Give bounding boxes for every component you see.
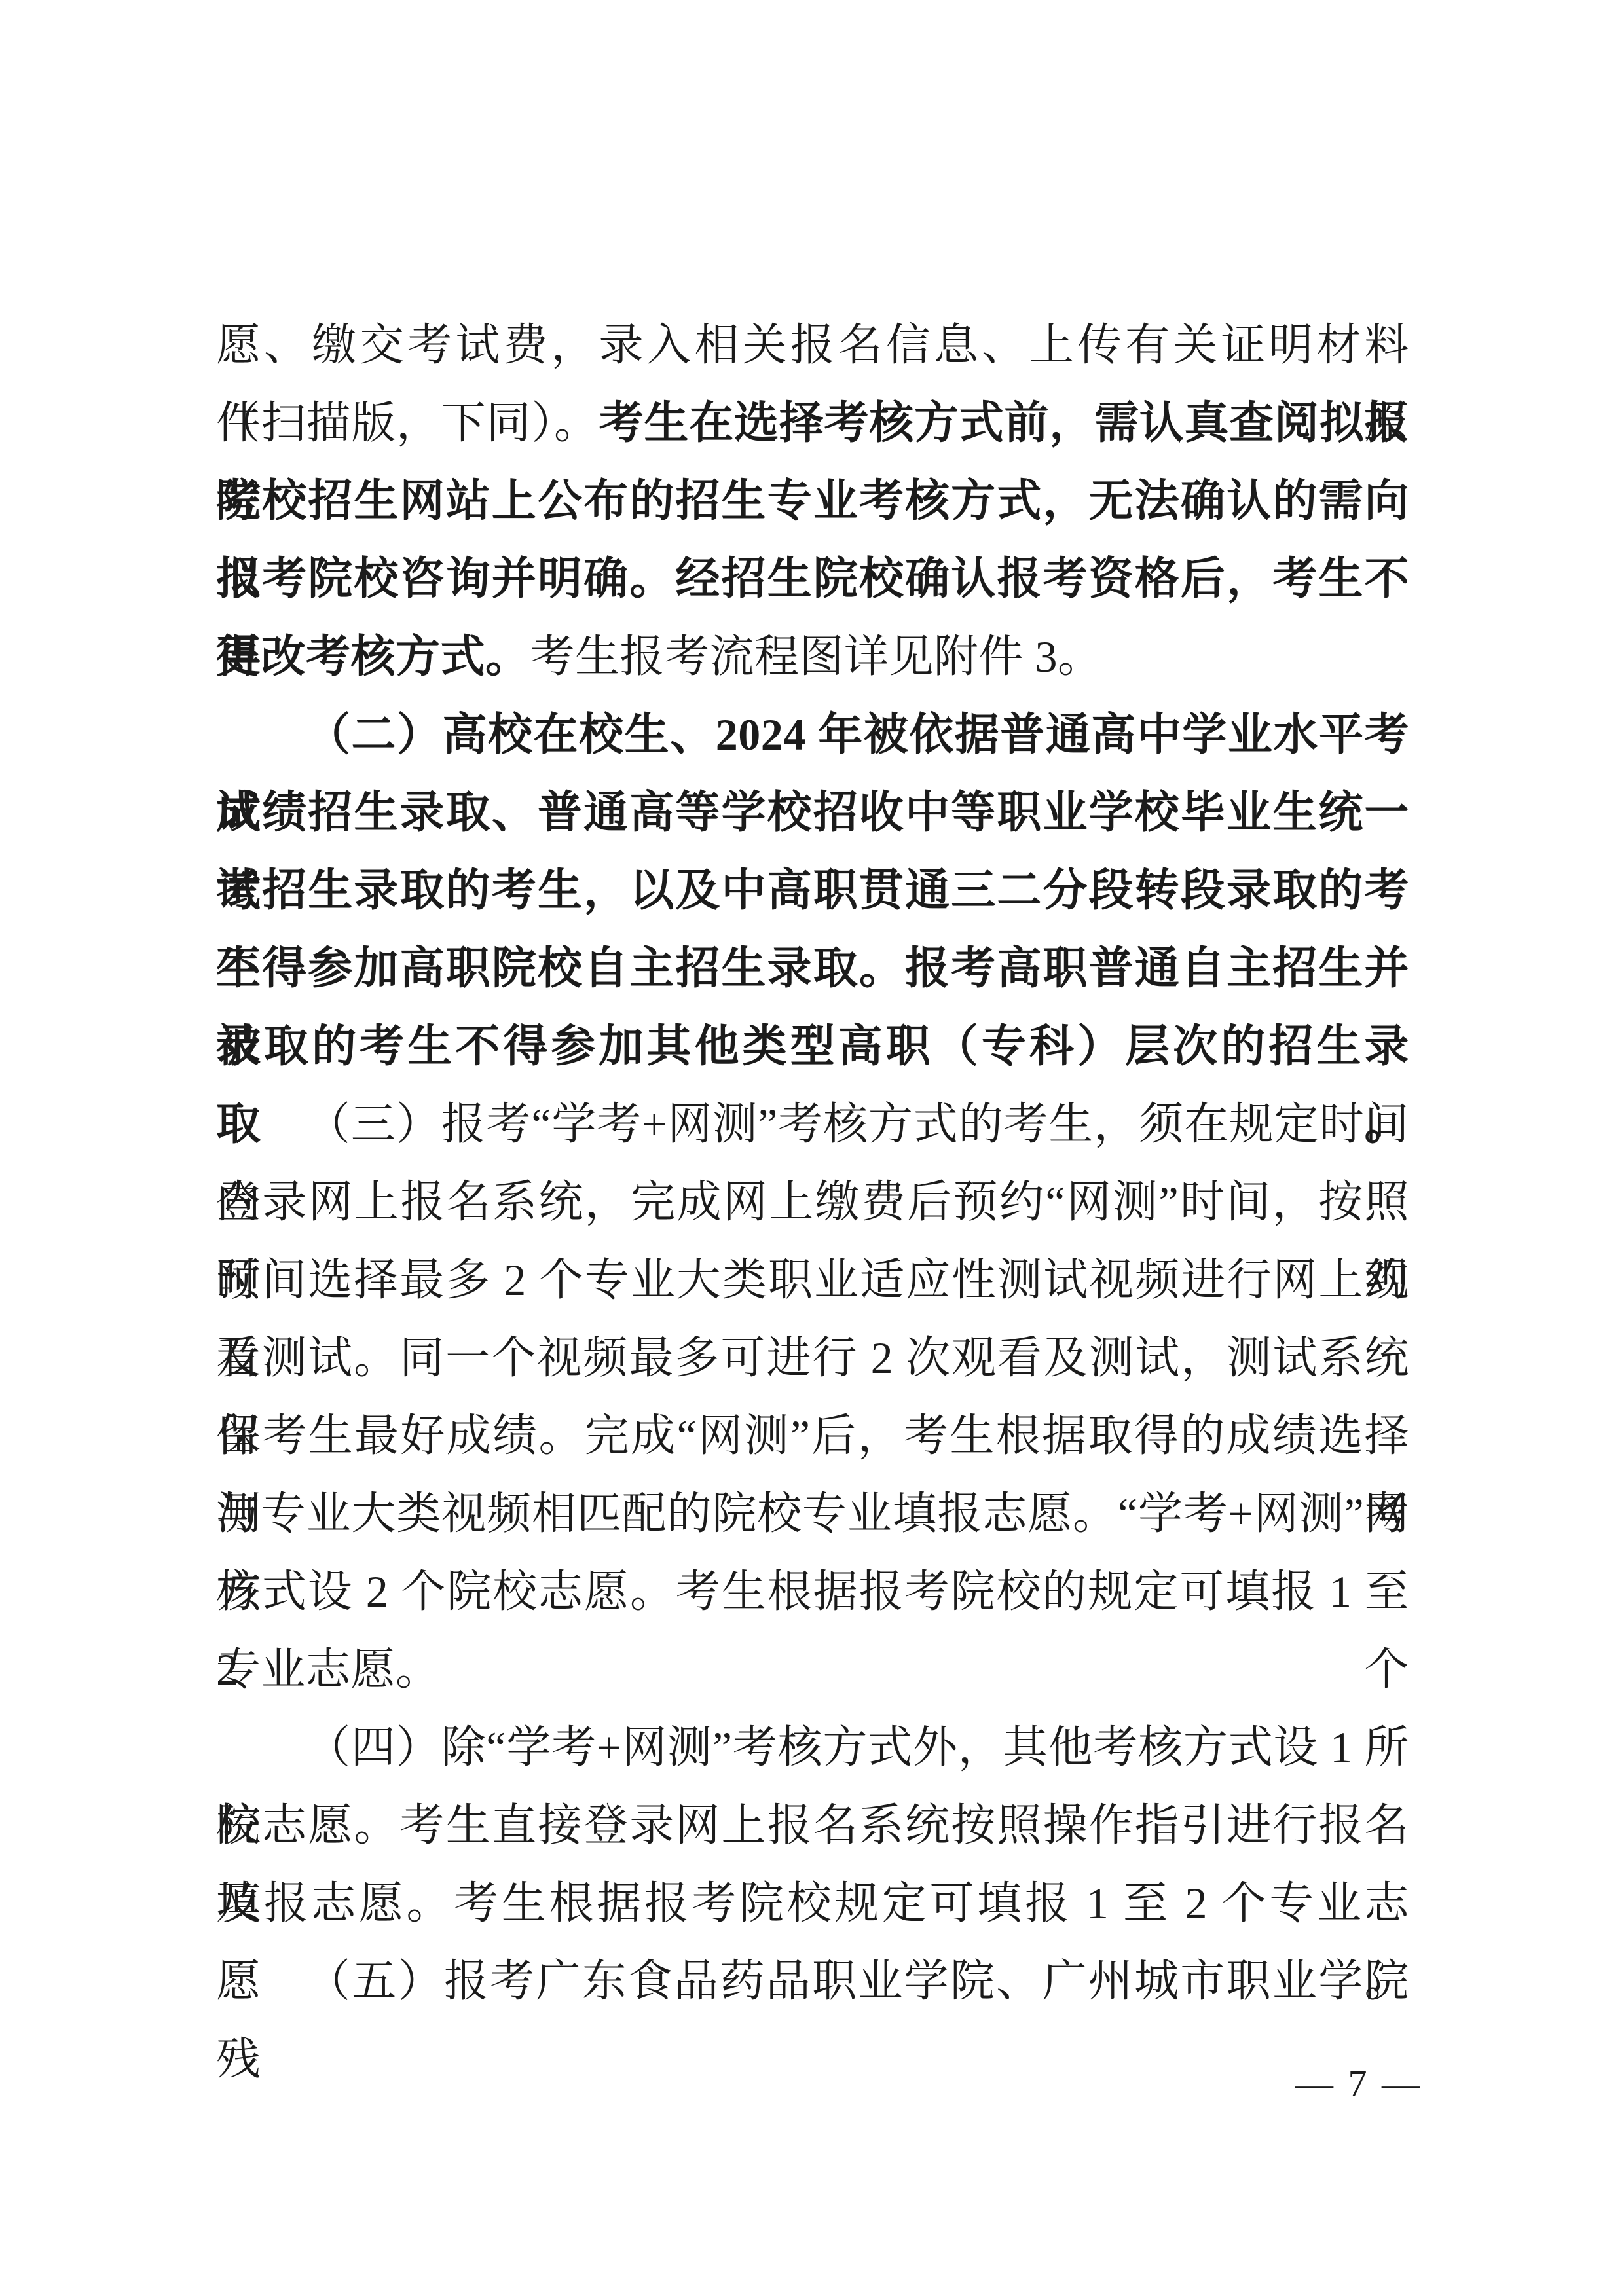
text-segment: 考生报考流程图详见附件 3。 <box>530 632 1103 682</box>
text-segment: （五）报考广东食品药品职业学院、广州城市职业学院残 <box>216 1956 1409 2084</box>
text-line: 更改考核方式。考生报考流程图详见附件 3。 <box>216 618 1409 696</box>
text-line: 成绩招生录取、普通高等学校招收中等职业学校毕业生统一考 <box>216 774 1409 852</box>
page-number: — 7 — <box>1295 2054 1422 2113</box>
text-line: 留考生最好成绩。完成“网测”后，考生根据取得的成绩选择与网 <box>216 1397 1409 1475</box>
text-line: （三）报考“学考+网测”考核方式的考生，须在规定时间内 <box>216 1085 1409 1163</box>
text-line: （五）报考广东食品药品职业学院、广州城市职业学院残 <box>216 1942 1409 2020</box>
text-line: 件扫描版，下同）。考生在选择考核方式前，需认真查阅拟报考 <box>216 384 1409 462</box>
text-line: 及测试。同一个视频最多可进行 2 次观看及测试，测试系统保 <box>216 1319 1409 1397</box>
text-line: 不得参加高职院校自主招生录取。报考高职普通自主招生并被 <box>216 930 1409 1008</box>
text-line: 时间选择最多 2 个专业大类职业适应性测试视频进行网上观看 <box>216 1241 1409 1319</box>
text-line: 愿、缴交考试费，录入相关报名信息、上传有关证明材料（原 <box>216 306 1409 384</box>
text-line: 院校招生网站上公布的招生专业考核方式，无法确认的需向拟 <box>216 462 1409 540</box>
text-line: 测专业大类视频相匹配的院校专业填报志愿。“学考+网测”考核 <box>216 1475 1409 1553</box>
text-line: 报考院校咨询并明确。经招生院校确认报考资格后，考生不得 <box>216 540 1409 618</box>
document-body: 愿、缴交考试费，录入相关报名信息、上传有关证明材料（原件扫描版，下同）。考生在选… <box>216 306 1409 2020</box>
text-line: 登录网上报名系统，完成网上缴费后预约“网测”时间，按照预约 <box>216 1163 1409 1241</box>
text-line: 方式设 2 个院校志愿。考生根据报考院校的规定可填报 1 至 2 个 <box>216 1553 1409 1631</box>
text-line: 校志愿。考生直接登录网上报名系统按照操作指引进行报名及 <box>216 1787 1409 1865</box>
text-line: 试招生录取的考生，以及中高职贯通三二分段转段录取的考生 <box>216 852 1409 930</box>
text-segment: 件扫描版，下同）。 <box>216 398 599 448</box>
text-line: （四）除“学考+网测”考核方式外，其他考核方式设 1 所院 <box>216 1709 1409 1787</box>
text-segment: 更改考核方式。 <box>216 632 530 682</box>
text-line: 填报志愿。考生根据报考院校规定可填报 1 至 2 个专业志愿。 <box>216 1865 1409 1942</box>
text-segment: 专业志愿。 <box>216 1645 441 1694</box>
text-line: （二）高校在校生、2024 年被依据普通高中学业水平考试 <box>216 696 1409 774</box>
text-line: 录取的考生不得参加其他类型高职（专科）层次的招生录取。 <box>216 1008 1409 1085</box>
document-page: 愿、缴交考试费，录入相关报名信息、上传有关证明材料（原件扫描版，下同）。考生在选… <box>0 0 1624 2296</box>
